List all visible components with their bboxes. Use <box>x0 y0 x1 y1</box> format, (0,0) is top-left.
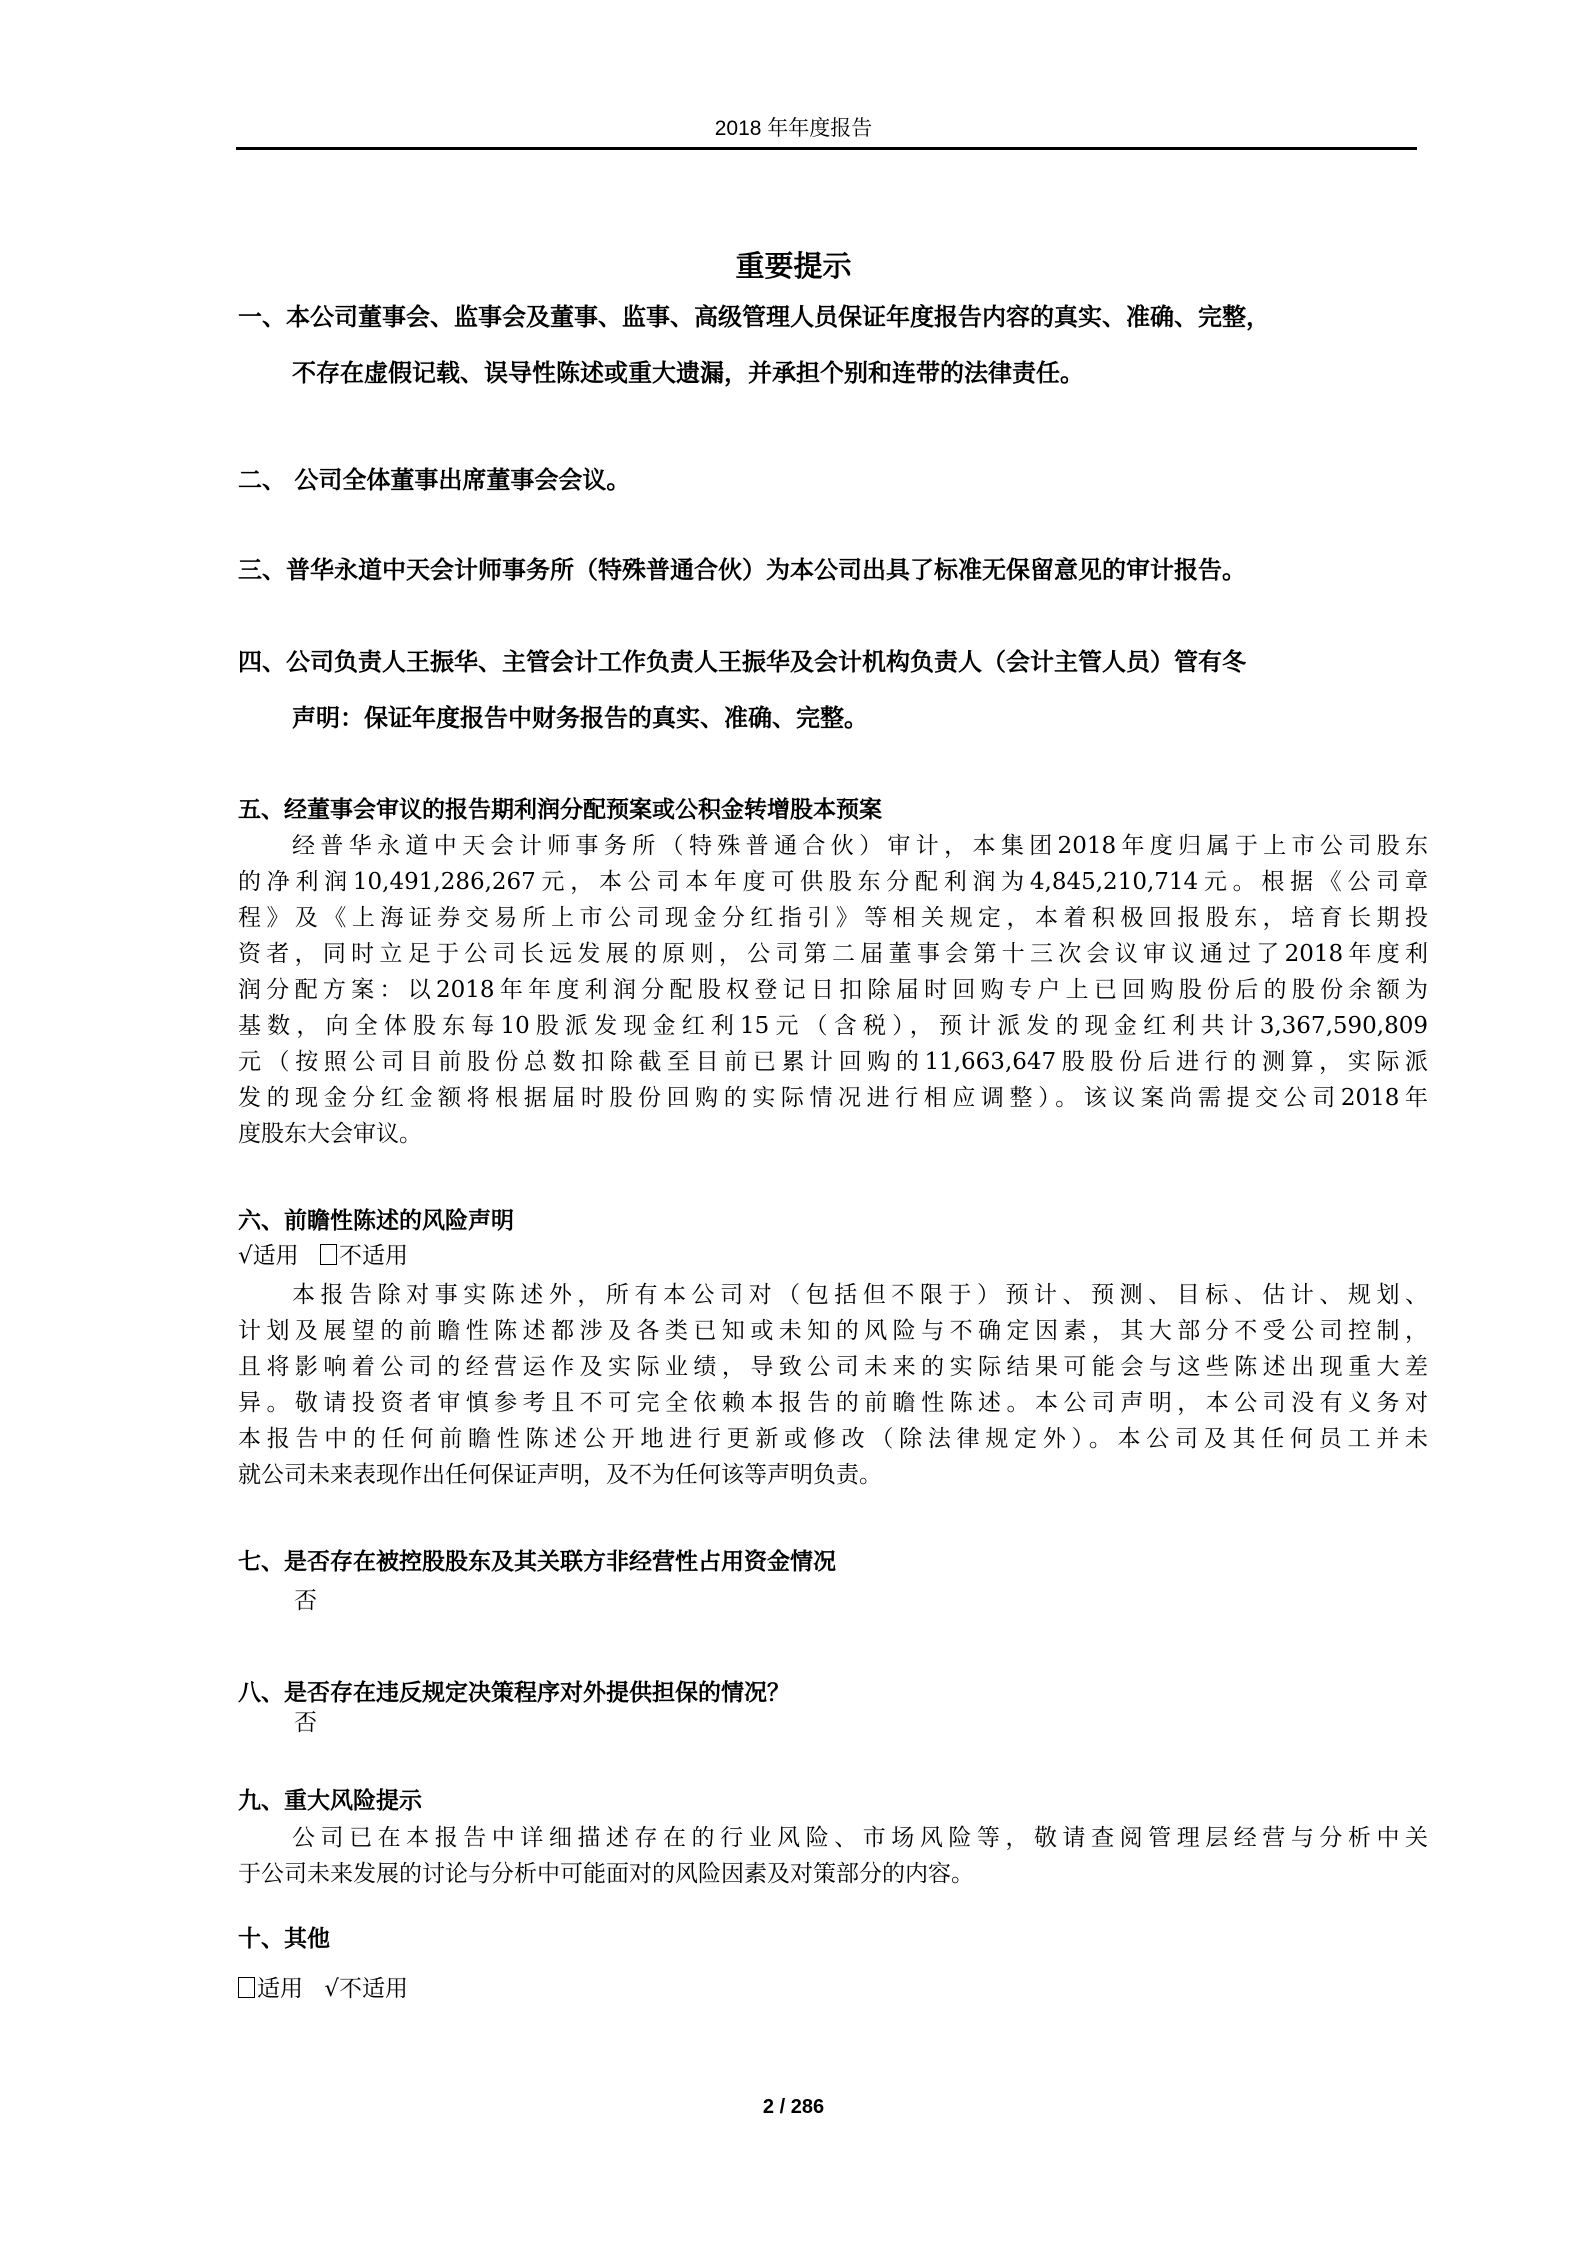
section-six-heading: 六、前瞻性陈述的风险声明 <box>238 1205 1428 1237</box>
checked-option-applicable: √适用 <box>238 1243 299 1269</box>
paragraph-line: 于公司未来发展的讨论与分析中可能面对的风险因素及对策部分的内容。 <box>238 1856 1428 1892</box>
option-label-not-applicable: 不适用 <box>339 1243 408 1269</box>
paragraph-line: 本报告中的任何前瞻性陈述公开地进行更新或修改（除法律规定外）。本公司及其任何员工… <box>238 1421 1428 1457</box>
checked-option-not-applicable: √不适用 <box>324 1976 408 2002</box>
paragraph-line: 发的现金分红金额将根据届时股份回购的实际情况进行相应调整）。该议案尚需提交公司2… <box>238 1080 1428 1116</box>
paragraph-line: 计划及展望的前瞻性陈述都涉及各类已知或未知的风险与不确定因素，其大部分不受公司控… <box>238 1313 1428 1349</box>
section-ten-heading: 十、其他 <box>238 1923 1428 1955</box>
section-seven-answer: 否 <box>294 1585 317 1617</box>
item-one: 一、本公司董事会、监事会及董事、监事、高级管理人员保证年度报告内容的真实、准确、… <box>238 300 1428 390</box>
page-title: 重要提示 <box>0 244 1587 285</box>
section-five-heading: 五、经董事会审议的报告期利润分配预案或公积金转增股本预案 <box>238 794 1428 826</box>
item-four-line1: 四、公司负责人王振华、主管会计工作负责人王振华及会计机构负责人（会计主管人员）管… <box>238 648 1246 676</box>
paragraph-line: 资者，同时立足于公司长远发展的原则，公司第二届董事会第十三次会议审议通过了201… <box>238 936 1428 972</box>
item-four: 四、公司负责人王振华、主管会计工作负责人王振华及会计机构负责人（会计主管人员）管… <box>238 645 1428 735</box>
paragraph-line: 元（按照公司目前股份总数扣除截至目前已累计回购的11,663,647股股份后进行… <box>238 1044 1428 1080</box>
item-one-line1: 一、本公司董事会、监事会及董事、监事、高级管理人员保证年度报告内容的真实、准确、… <box>238 303 1270 331</box>
item-four-line2: 声明：保证年度报告中财务报告的真实、准确、完整。 <box>238 701 1428 735</box>
paragraph-line: 度股东大会审议。 <box>238 1116 1428 1152</box>
item-two: 二、 公司全体董事出席董事会会议。 <box>238 463 1428 497</box>
unchecked-option: 适用 <box>238 1976 303 2002</box>
section-six-applicability: √适用 不适用 <box>238 1240 408 1272</box>
paragraph-line: 经普华永道中天会计师事务所（特殊普通合伙）审计，本集团2018年度归属于上市公司… <box>238 828 1428 864</box>
paragraph-line: 的净利润10,491,286,267元，本公司本年度可供股东分配利润为4,845… <box>238 864 1428 900</box>
section-eight-answer: 否 <box>294 1707 317 1739</box>
section-nine-heading: 九、重大风险提示 <box>238 1785 1428 1817</box>
paragraph-line: 异。敬请投资者审慎参考且不可完全依赖本报告的前瞻性陈述。本公司声明，本公司没有义… <box>238 1385 1428 1421</box>
paragraph-line: 公司已在本报告中详细描述存在的行业风险、市场风险等，敬请查阅管理层经营与分析中关 <box>238 1820 1428 1856</box>
checkbox-empty-icon <box>238 1977 255 1998</box>
section-nine-body: 公司已在本报告中详细描述存在的行业风险、市场风险等，敬请查阅管理层经营与分析中关… <box>238 1820 1428 1892</box>
unchecked-option: 不适用 <box>320 1243 408 1269</box>
section-six-body: 本报告除对事实陈述外，所有本公司对（包括但不限于）预计、预测、目标、估计、规划、… <box>238 1277 1428 1493</box>
item-three: 三、普华永道中天会计师事务所（特殊普通合伙）为本公司出具了标准无保留意见的审计报… <box>238 553 1428 587</box>
running-header: 2018 年年度报告 <box>0 112 1587 142</box>
paragraph-line: 且将影响着公司的经营运作及实际业绩，导致公司未来的实际结果可能会与这些陈述出现重… <box>238 1349 1428 1385</box>
paragraph-line: 程》及《上海证券交易所上市公司现金分红指引》等相关规定，本着积极回报股东，培育长… <box>238 900 1428 936</box>
checkbox-empty-icon <box>320 1244 337 1265</box>
header-divider <box>236 147 1417 150</box>
item-one-line2: 不存在虚假记载、误导性陈述或重大遗漏，并承担个别和连带的法律责任。 <box>238 356 1428 390</box>
paragraph-line: 基数，向全体股东每10股派发现金红利15元（含税），预计派发的现金红利共计3,3… <box>238 1008 1428 1044</box>
section-seven-heading: 七、是否存在被控股股东及其关联方非经营性占用资金情况 <box>238 1546 1428 1578</box>
paragraph-line: 本报告除对事实陈述外，所有本公司对（包括但不限于）预计、预测、目标、估计、规划、 <box>238 1277 1428 1313</box>
section-eight-heading: 八、是否存在违反规定决策程序对外提供担保的情况？ <box>238 1677 1428 1709</box>
paragraph-line: 就公司未来表现作出任何保证声明，及不为任何该等声明负责。 <box>238 1457 1428 1493</box>
section-five-body: 经普华永道中天会计师事务所（特殊普通合伙）审计，本集团2018年度归属于上市公司… <box>238 828 1428 1152</box>
option-label-applicable: 适用 <box>257 1976 303 2002</box>
section-ten-applicability: 适用 √不适用 <box>238 1973 408 2005</box>
page-number: 2 / 286 <box>0 2096 1587 2119</box>
paragraph-line: 润分配方案：以2018年年度利润分配股权登记日扣除届时回购专户上已回购股份后的股… <box>238 972 1428 1008</box>
